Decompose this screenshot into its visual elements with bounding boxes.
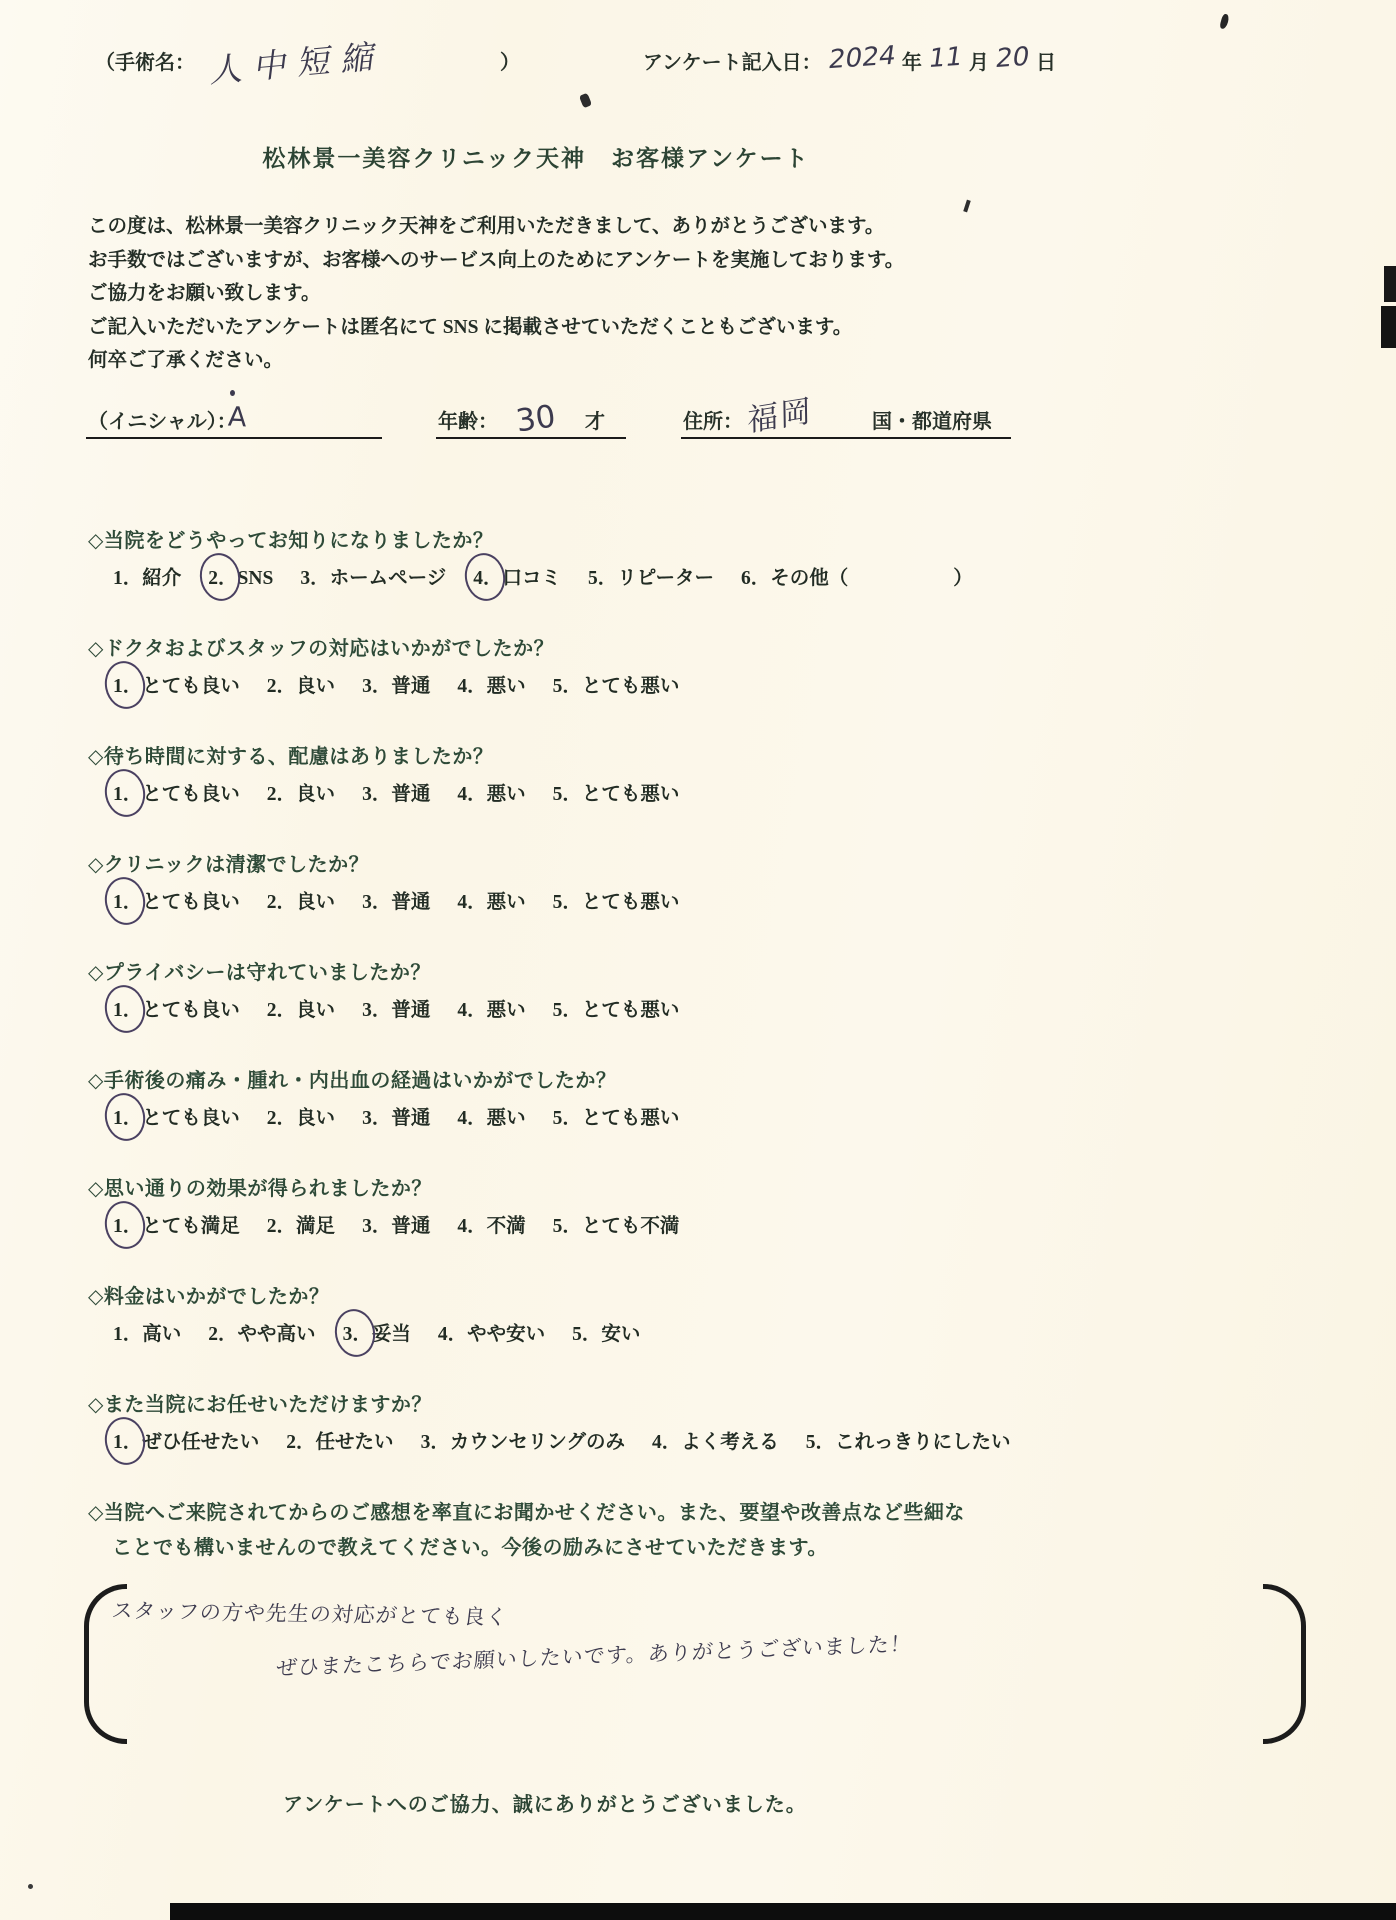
selected-answer-circled-number: 1． [113,778,142,806]
answer-option: 5．とても不満 [553,1216,680,1237]
option-label: 任せたい [316,1432,394,1453]
surgery-name-close-paren: ） [500,46,520,75]
initial-field: （イニシャル）： A [86,395,382,439]
option-label: 良い [296,784,335,805]
comment-box: スタッフの方や先生の対応がとても良く ぜひまたこちらでお願いしたいです。ありがと… [84,1584,1306,1740]
option-number: 5． [553,670,582,698]
address-note: 国・都道府県 [872,405,992,434]
selected-answer-circled-number: 3． [343,1318,372,1346]
answer-option: 1．とても良い [113,784,240,805]
option-label: とても良い [142,784,240,805]
scan-artifact-edge-mark [1384,266,1396,302]
option-label: よく考える [681,1432,779,1453]
intro-line: この度は、松林景一美容クリニック天神をご利用いただきまして、ありがとうございます… [88,210,1108,244]
question-block: ◇手術後の痛み・腫れ・内出血の経過はいかがでしたか？1．とても良い2．良い3．普… [88,1064,1378,1136]
option-number: 4． [652,1426,681,1454]
option-label: とても悪い [582,1000,680,1021]
question-heading: ◇待ち時間に対する、配慮はありましたか？ [88,740,1378,769]
answer-option: 4．やや安い [438,1324,545,1345]
option-number: 4． [457,1102,486,1130]
questions-list: ◇当院をどうやってお知りになりましたか？1．紹介2．SNS3．ホームページ4．口… [88,524,1378,1496]
option-label: とても悪い [582,1108,680,1129]
survey-date-day-handwritten: 20 [994,42,1032,74]
answer-option: 1．とても良い [113,1000,240,1021]
initial-label: （イニシャル）： [88,405,237,434]
option-number: 5． [572,1318,601,1346]
option-number: 2． [267,994,296,1022]
intro-line: ご記入いただいたアンケートは匿名にて SNS に掲載させていただくこともございま… [88,311,1108,345]
option-number: 2． [267,670,296,698]
question-options-row: 1．とても良い2．良い3．普通4．悪い5．とても悪い [88,994,1378,1022]
answer-option: 3．普通 [362,892,430,913]
option-number: 3． [362,670,391,698]
question-options-row: 1．とても良い2．良い3．普通4．悪い5．とても悪い [88,1102,1378,1130]
option-label: リピーター [617,568,714,589]
answer-option: 1．とても良い [113,892,240,913]
option-number: 2． [286,1426,315,1454]
address-handwritten-value: 福岡 [747,385,813,441]
question-options-row: 1．紹介2．SNS3．ホームページ4．口コミ5．リピーター6．その他（） [88,562,1378,590]
option-number: 5． [553,1102,582,1130]
selected-answer-circled-number: 1． [113,1102,142,1130]
question-heading: ◇クリニックは清潔でしたか？ [88,848,1378,877]
answer-option: 4．悪い [457,784,525,805]
scan-artifact-pen-dot [230,390,235,396]
question-block: ◇プライバシーは守れていましたか？1．とても良い2．良い3．普通4．悪い5．とて… [88,956,1378,1028]
answer-option: 4．不満 [457,1216,525,1237]
scan-artifact-speck [579,93,592,108]
other-option-close-paren: ） [953,568,973,589]
option-label: 普通 [391,892,430,913]
answer-option: 4．悪い [457,892,525,913]
answer-option: 4．よく考える [652,1432,779,1453]
answer-option: 3．普通 [362,1000,430,1021]
option-label: とても不満 [582,1216,680,1237]
selected-answer-circled-number: 1． [113,886,142,914]
answer-option: 3．妥当 [343,1324,411,1345]
answer-option: 5．とても悪い [553,1108,680,1129]
year-unit: 年 [902,46,922,75]
option-label: ぜひ任せたい [142,1432,259,1453]
answer-option: 5．これっきりにしたい [806,1432,1011,1453]
question-block: ◇また当院にお任せいただけますか？1．ぜひ任せたい2．任せたい3．カウンセリング… [88,1388,1378,1460]
option-number: 5． [553,994,582,1022]
answer-option: 2．任せたい [286,1432,393,1453]
scan-artifact-bottom-bar [170,1903,1396,1920]
option-number: 5． [806,1426,835,1454]
answer-option: 2．良い [267,1108,335,1129]
option-number: 5． [553,778,582,806]
survey-date-year-handwritten: 2024 [826,41,897,76]
intro-line: お手数ではございますが、お客様へのサービス向上のためにアンケートを実施しておりま… [88,244,1108,278]
question-block: ◇ドクタおよびスタッフの対応はいかがでしたか？1．とても良い2．良い3．普通4．… [88,632,1378,704]
question-heading: ◇また当院にお任せいただけますか？ [88,1388,1378,1417]
option-label: 普通 [391,1000,430,1021]
option-label: やや高い [238,1324,316,1345]
option-label: 普通 [391,676,430,697]
answer-option: 3．普通 [362,784,430,805]
surgery-name-handwritten-value: 人中短縮 [209,23,469,93]
answer-option: 1．とても良い [113,1108,240,1129]
comment-box-right-bracket [1263,1584,1306,1744]
question-options-row: 1．とても良い2．良い3．普通4．悪い5．とても悪い [88,778,1378,806]
option-label: 満足 [296,1216,335,1237]
option-number: 4． [457,886,486,914]
age-label: 年齢： [438,405,498,434]
option-label: 普通 [391,1108,430,1129]
handwritten-comment-line: ぜひまたこちらでお願いしたいです。ありがとうございました！ [275,1628,913,1683]
question-options-row: 1．ぜひ任せたい2．任せたい3．カウンセリングのみ4．よく考える5．これっきりに… [88,1426,1378,1454]
answer-option: 1．とても満足 [113,1216,240,1237]
option-label: 良い [296,1000,335,1021]
question-heading: ◇プライバシーは守れていましたか？ [88,956,1378,985]
option-label: 妥当 [372,1324,411,1345]
answer-option: 3．普通 [362,1108,430,1129]
answer-option: 3．カウンセリングのみ [421,1432,625,1453]
age-handwritten-value: 30 [514,398,558,439]
option-label: カウンセリングのみ [450,1432,625,1453]
option-label: これっきりにしたい [835,1432,1011,1453]
option-label: 普通 [391,784,430,805]
option-number: 3． [362,778,391,806]
question-options-row: 1．とても良い2．良い3．普通4．悪い5．とても悪い [88,886,1378,914]
surgery-name-label: （手術名： [95,46,195,75]
question-heading: ◇ドクタおよびスタッフの対応はいかがでしたか？ [88,632,1378,661]
option-label: ホームページ [330,568,447,589]
option-label: やや安い [467,1324,545,1345]
option-number: 4． [457,778,486,806]
option-number: 4． [457,670,486,698]
question-heading: ◇料金はいかがでしたか？ [88,1280,1378,1309]
answer-option: 2．良い [267,676,335,697]
answer-option: 5．とても悪い [553,676,680,697]
option-label: 不満 [487,1216,526,1237]
selected-answer-circled-number: 1． [113,994,142,1022]
question-options-row: 1．とても良い2．良い3．普通4．悪い5．とても悪い [88,670,1378,698]
answer-option: 1．とても良い [113,676,240,697]
option-number: 3． [362,994,391,1022]
option-number: 2． [267,886,296,914]
option-number: 5． [553,886,582,914]
option-label: 良い [296,1108,335,1129]
question-block: ◇当院をどうやってお知りになりましたか？1．紹介2．SNS3．ホームページ4．口… [88,524,1378,596]
answer-option: 4．口コミ [473,568,561,589]
option-label: とても満足 [142,1216,240,1237]
question-block: ◇クリニックは清潔でしたか？1．とても良い2．良い3．普通4．悪い5．とても悪い [88,848,1378,920]
header-row: （手術名： 人中短縮 ） アンケート記入日： 2024 年 11 月 20 日 [95,46,1356,81]
option-number: 5． [588,562,617,590]
option-number: 4． [457,1210,486,1238]
question-options-row: 1．とても満足2．満足3．普通4．不満5．とても不満 [88,1210,1378,1238]
feedback-request: ◇当院へご来院されてからのご感想を率直にお聞かせください。また、要望や改善点など… [88,1496,965,1566]
answer-option: 1．ぜひ任せたい [113,1432,259,1453]
option-label: 良い [296,676,335,697]
option-label: とても悪い [582,676,680,697]
selected-answer-circled-number: 1． [113,1210,142,1238]
answer-option: 1．高い [113,1324,181,1345]
option-number: 2． [208,1318,237,1346]
option-number: 3． [362,886,391,914]
answer-option: 2．良い [267,892,335,913]
option-number: 3． [300,562,329,590]
surgery-name-field: （手術名： 人中短縮 ） [95,46,520,81]
day-unit: 日 [1036,46,1056,75]
month-unit: 月 [969,46,989,75]
option-number: 4． [438,1318,467,1346]
survey-date-label: アンケート記入日： [643,46,822,75]
intro-line: 何卒ご了承ください。 [88,344,1108,378]
initial-handwritten-value: A [227,402,247,434]
age-field: 年齢： 30 才 [436,395,626,439]
option-number: 1． [113,562,142,590]
feedback-request-line: ことでも構いませんので教えてください。今後の励みにさせていただきます。 [88,1531,965,1566]
page-title: 松林景一美容クリニック天神 お客様アンケート [86,140,986,173]
option-label: SNS [238,568,274,589]
option-label: 紹介 [142,568,181,589]
scan-artifact-dot [28,1884,33,1889]
question-block: ◇料金はいかがでしたか？1．高い2．やや高い3．妥当4．やや安い5．安い [88,1280,1378,1352]
survey-date-month-handwritten: 11 [926,42,964,74]
answer-option: 4．悪い [457,1000,525,1021]
option-number: 3． [362,1210,391,1238]
answer-option: 1．紹介 [113,568,181,589]
question-block: ◇思い通りの効果が得られましたか？1．とても満足2．満足3．普通4．不満5．とて… [88,1172,1378,1244]
selected-answer-circled-number: 2． [208,562,237,590]
option-label: 普通 [391,1216,430,1237]
age-unit: 才 [585,405,605,434]
option-label: とても悪い [582,784,680,805]
intro-paragraph: この度は、松林景一美容クリニック天神をご利用いただきまして、ありがとうございます… [88,210,1108,378]
answer-option: 5．とても悪い [553,892,680,913]
option-number: 3． [421,1426,450,1454]
option-label: 良い [296,892,335,913]
intro-line: ご協力をお願い致します。 [88,277,1108,311]
option-label: 口コミ [502,568,561,589]
question-heading: ◇思い通りの効果が得られましたか？ [88,1172,1378,1201]
handwritten-comment-line: スタッフの方や先生の対応がとても良く [110,1595,510,1632]
answer-option: 4．悪い [457,1108,525,1129]
option-label: とても悪い [582,892,680,913]
option-number: 2． [267,778,296,806]
answer-option: 3．普通 [362,676,430,697]
option-label: 悪い [487,892,526,913]
option-number: 6． [741,562,770,590]
option-label: 悪い [487,784,526,805]
option-label: とても良い [142,892,240,913]
closing-thanks: アンケートへのご協力、誠にありがとうございました。 [283,1788,807,1817]
scan-artifact-speck [1219,13,1230,29]
address-field: 住所： 福岡 国・都道府県 [681,395,1011,439]
option-label: 安い [601,1324,640,1345]
question-heading: ◇当院をどうやってお知りになりましたか？ [88,524,1378,553]
answer-option: 6．その他（ [741,568,848,589]
option-label: とても良い [142,1000,240,1021]
scan-artifact-edge-mark [1381,306,1396,348]
option-number: 2． [267,1210,296,1238]
answer-option: 5．とても悪い [553,1000,680,1021]
option-number: 1． [113,1318,142,1346]
feedback-request-line: ◇当院へご来院されてからのご感想を率直にお聞かせください。また、要望や改善点など… [88,1496,965,1531]
answer-option: 3．普通 [362,1216,430,1237]
survey-document: （手術名： 人中短縮 ） アンケート記入日： 2024 年 11 月 20 日 … [0,0,1396,1920]
selected-answer-circled-number: 4． [473,562,502,590]
answer-option: 2．良い [267,784,335,805]
option-number: 5． [553,1210,582,1238]
option-label: その他（ [770,568,848,589]
answer-option: 5．とても悪い [553,784,680,805]
answer-option: 2．良い [267,1000,335,1021]
answer-option: 5．リピーター [588,568,714,589]
question-heading: ◇手術後の痛み・腫れ・内出血の経過はいかがでしたか？ [88,1064,1378,1093]
answer-option: 2．満足 [267,1216,335,1237]
option-number: 4． [457,994,486,1022]
question-block: ◇待ち時間に対する、配慮はありましたか？1．とても良い2．良い3．普通4．悪い5… [88,740,1378,812]
option-number: 3． [362,1102,391,1130]
selected-answer-circled-number: 1． [113,1426,142,1454]
option-label: とても良い [142,1108,240,1129]
selected-answer-circled-number: 1． [113,670,142,698]
survey-date-field: アンケート記入日： 2024 年 11 月 20 日 [643,46,1056,76]
option-number: 2． [267,1102,296,1130]
option-label: 高い [142,1324,181,1345]
address-label: 住所： [683,405,743,434]
option-label: 悪い [487,1108,526,1129]
answer-option: 4．悪い [457,676,525,697]
question-options-row: 1．高い2．やや高い3．妥当4．やや安い5．安い [88,1318,1378,1346]
answer-option: 5．安い [572,1324,640,1345]
answer-option: 2．やや高い [208,1324,315,1345]
option-label: 悪い [487,1000,526,1021]
answer-option: 3．ホームページ [300,568,446,589]
option-label: とても良い [142,676,240,697]
option-label: 悪い [487,676,526,697]
answer-option: 2．SNS [208,568,273,589]
